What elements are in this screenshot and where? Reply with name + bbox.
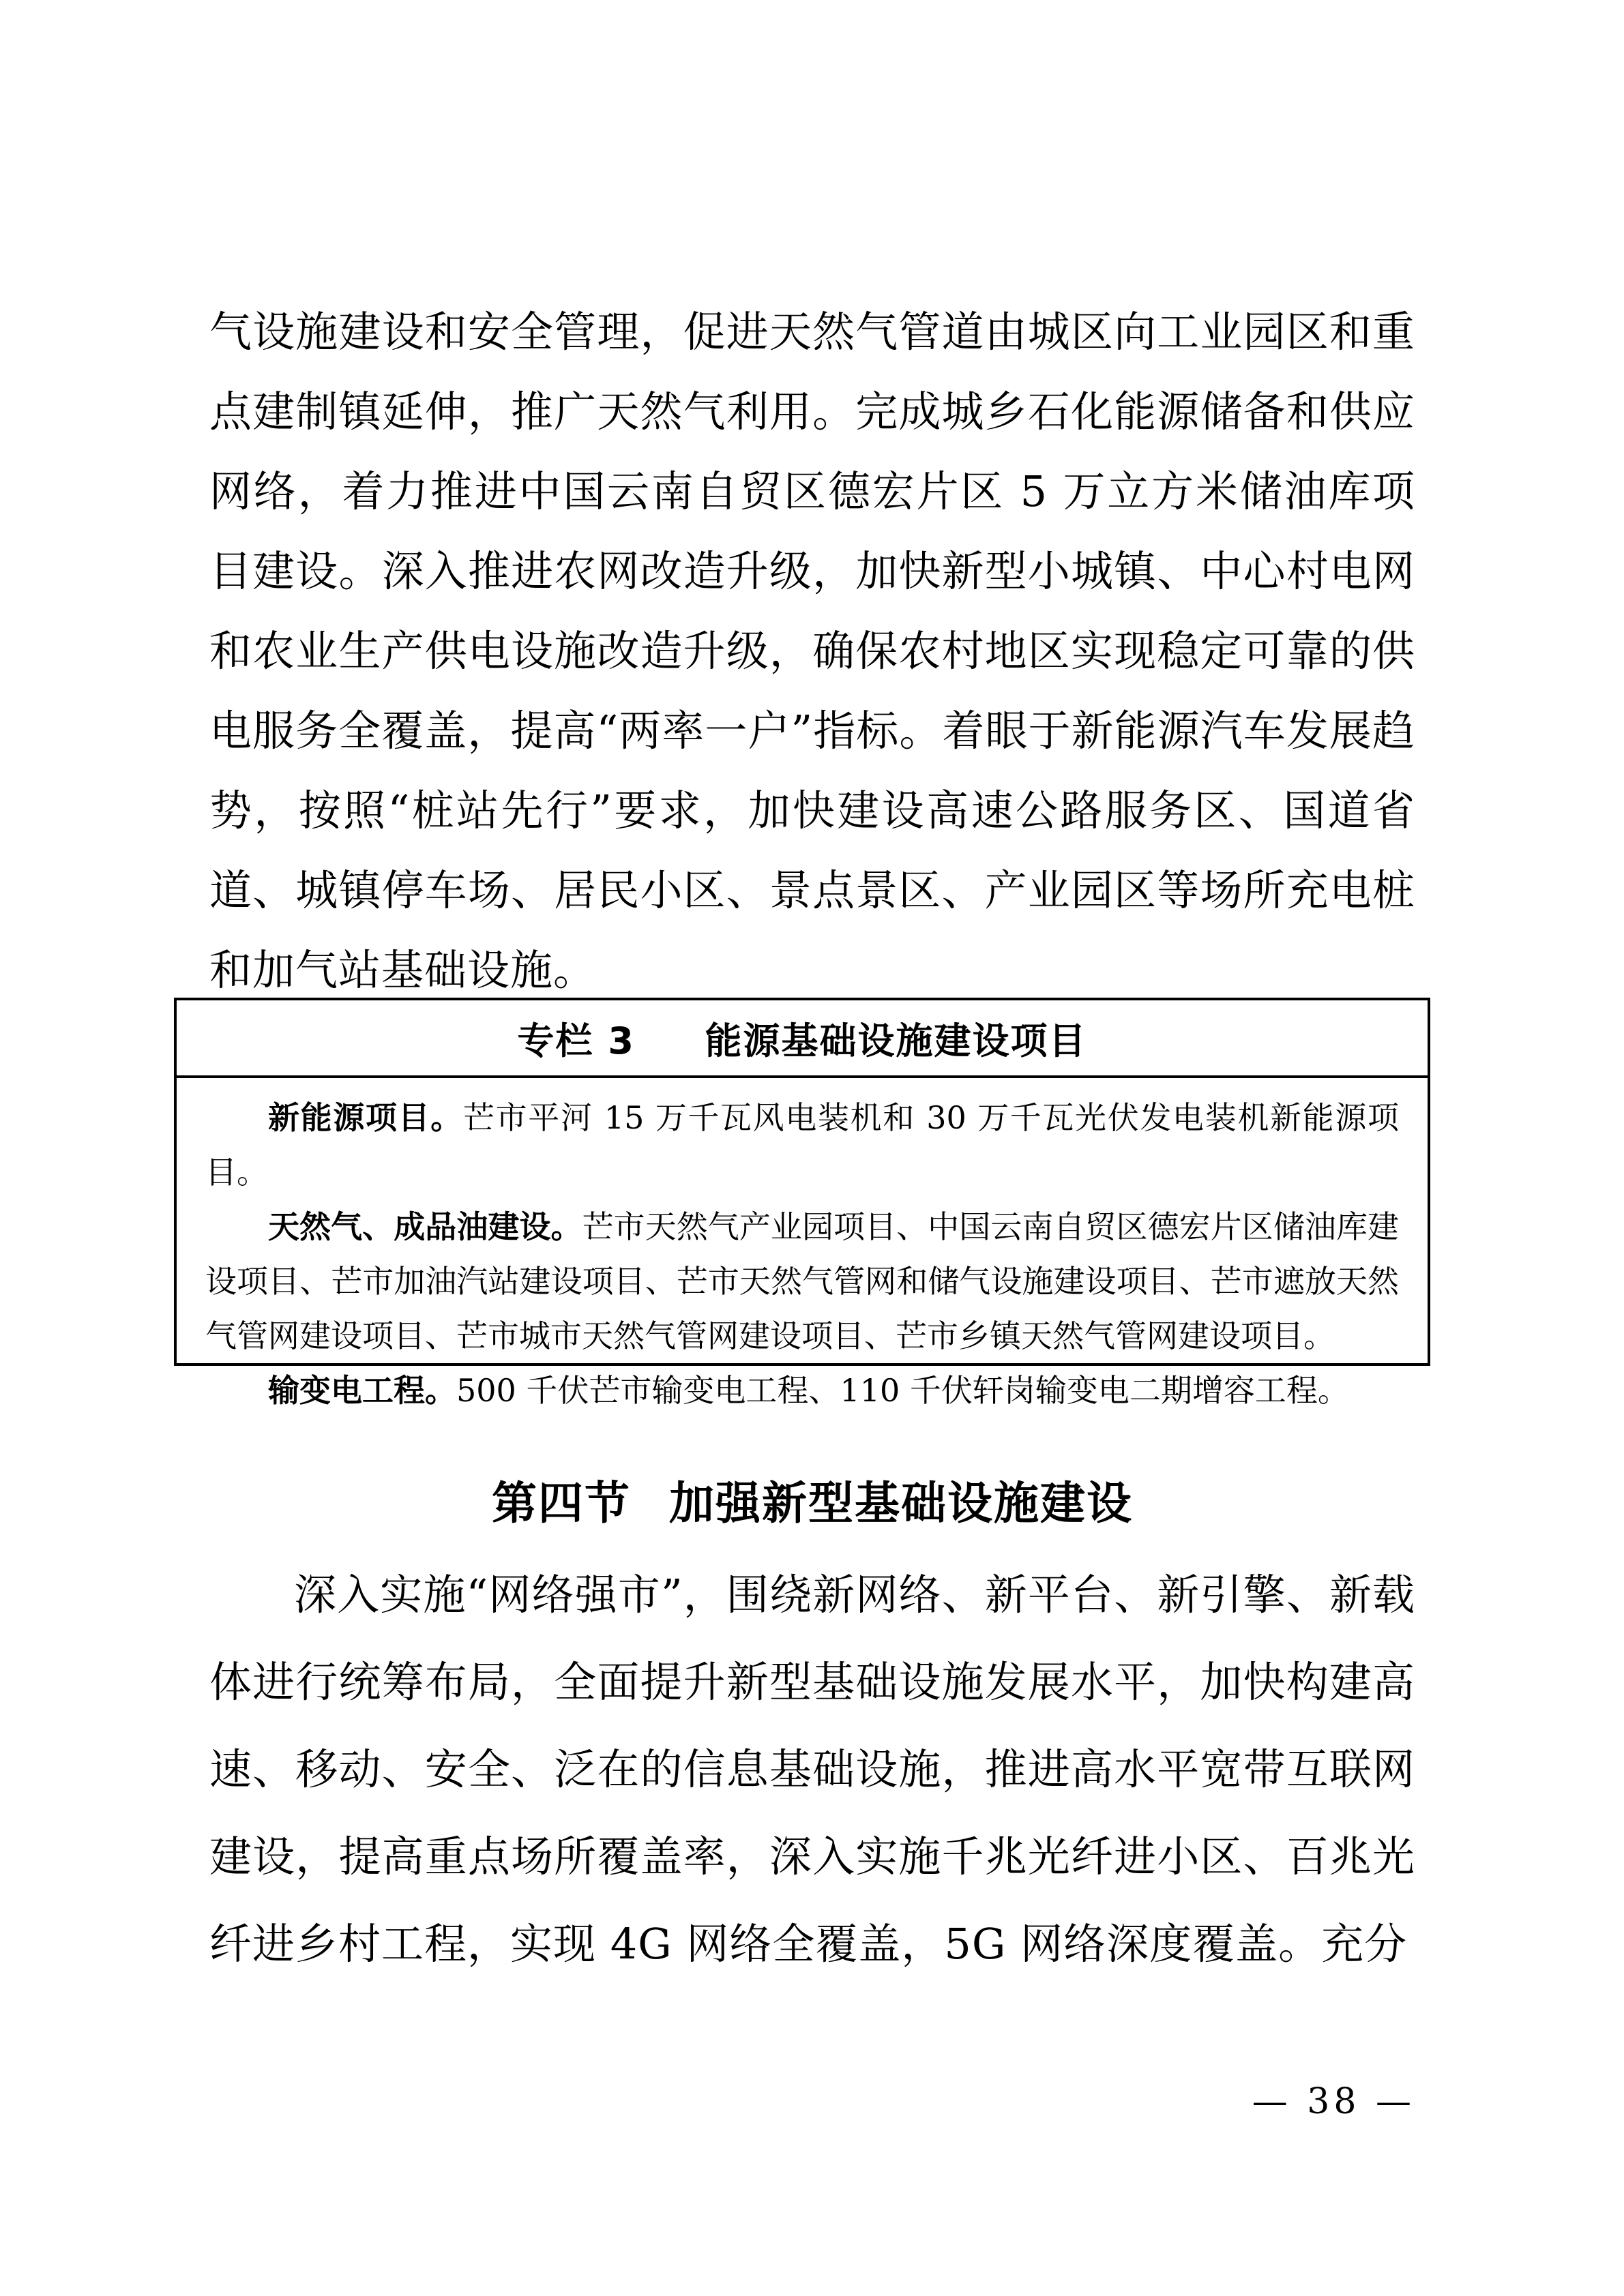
section-heading: 第四节加强新型基础设施建设 bbox=[209, 1473, 1415, 1534]
body-paragraph-continued: 气设施建设和安全管理，促进天然气管道由城区向工业园区和重点建制镇延伸，推广天然气… bbox=[209, 292, 1415, 1010]
box-paragraph-lead: 新能源项目。 bbox=[268, 1099, 463, 1136]
box-header: 专栏 3 能源基础设施建设项目 bbox=[177, 1000, 1428, 1078]
box-paragraph-gas-oil: 天然气、成品油建设。芒市天然气产业园项目、中国云南自贸区德宏片区储油库建设项目、… bbox=[205, 1199, 1399, 1363]
box-label: 专栏 3 bbox=[518, 1012, 635, 1064]
document-page: 气设施建设和安全管理，促进天然气管道由城区向工业园区和重点建制镇延伸，推广天然气… bbox=[0, 0, 1624, 2296]
body-paragraph-new-infrastructure: 深入实施“网络强市”，围绕新网络、新平台、新引擎、新载体进行统筹布局，全面提升新… bbox=[209, 1551, 1415, 1988]
project-column-box: 专栏 3 能源基础设施建设项目 新能源项目。芒市平河 15 万千瓦风电装机和 3… bbox=[174, 998, 1430, 1366]
box-paragraph-lead: 天然气、成品油建设。 bbox=[268, 1208, 582, 1245]
box-title: 能源基础设施建设项目 bbox=[705, 1012, 1087, 1064]
page-number: — 38 — bbox=[1252, 2081, 1415, 2122]
paragraph-text: 气设施建设和安全管理，促进天然气管道由城区向工业园区和重点建制镇延伸，推广天然气… bbox=[209, 292, 1415, 1010]
section-heading-number: 第四节 bbox=[492, 1477, 631, 1530]
box-paragraph-rest: 500 千伏芒市输变电工程、110 千伏轩岗输变电二期增容工程。 bbox=[456, 1372, 1349, 1409]
box-paragraph-new-energy: 新能源项目。芒市平河 15 万千瓦风电装机和 30 万千瓦光伏发电装机新能源项目… bbox=[205, 1090, 1399, 1199]
paragraph-text: 深入实施“网络强市”，围绕新网络、新平台、新引擎、新载体进行统筹布局，全面提升新… bbox=[209, 1551, 1415, 1988]
box-paragraph-lead: 输变电工程。 bbox=[268, 1372, 456, 1409]
section-heading-title: 加强新型基础设施建设 bbox=[669, 1477, 1133, 1530]
box-body: 新能源项目。芒市平河 15 万千瓦风电装机和 30 万千瓦光伏发电装机新能源项目… bbox=[177, 1078, 1428, 1423]
box-paragraph-power-transmission: 输变电工程。500 千伏芒市输变电工程、110 千伏轩岗输变电二期增容工程。 bbox=[205, 1363, 1399, 1418]
